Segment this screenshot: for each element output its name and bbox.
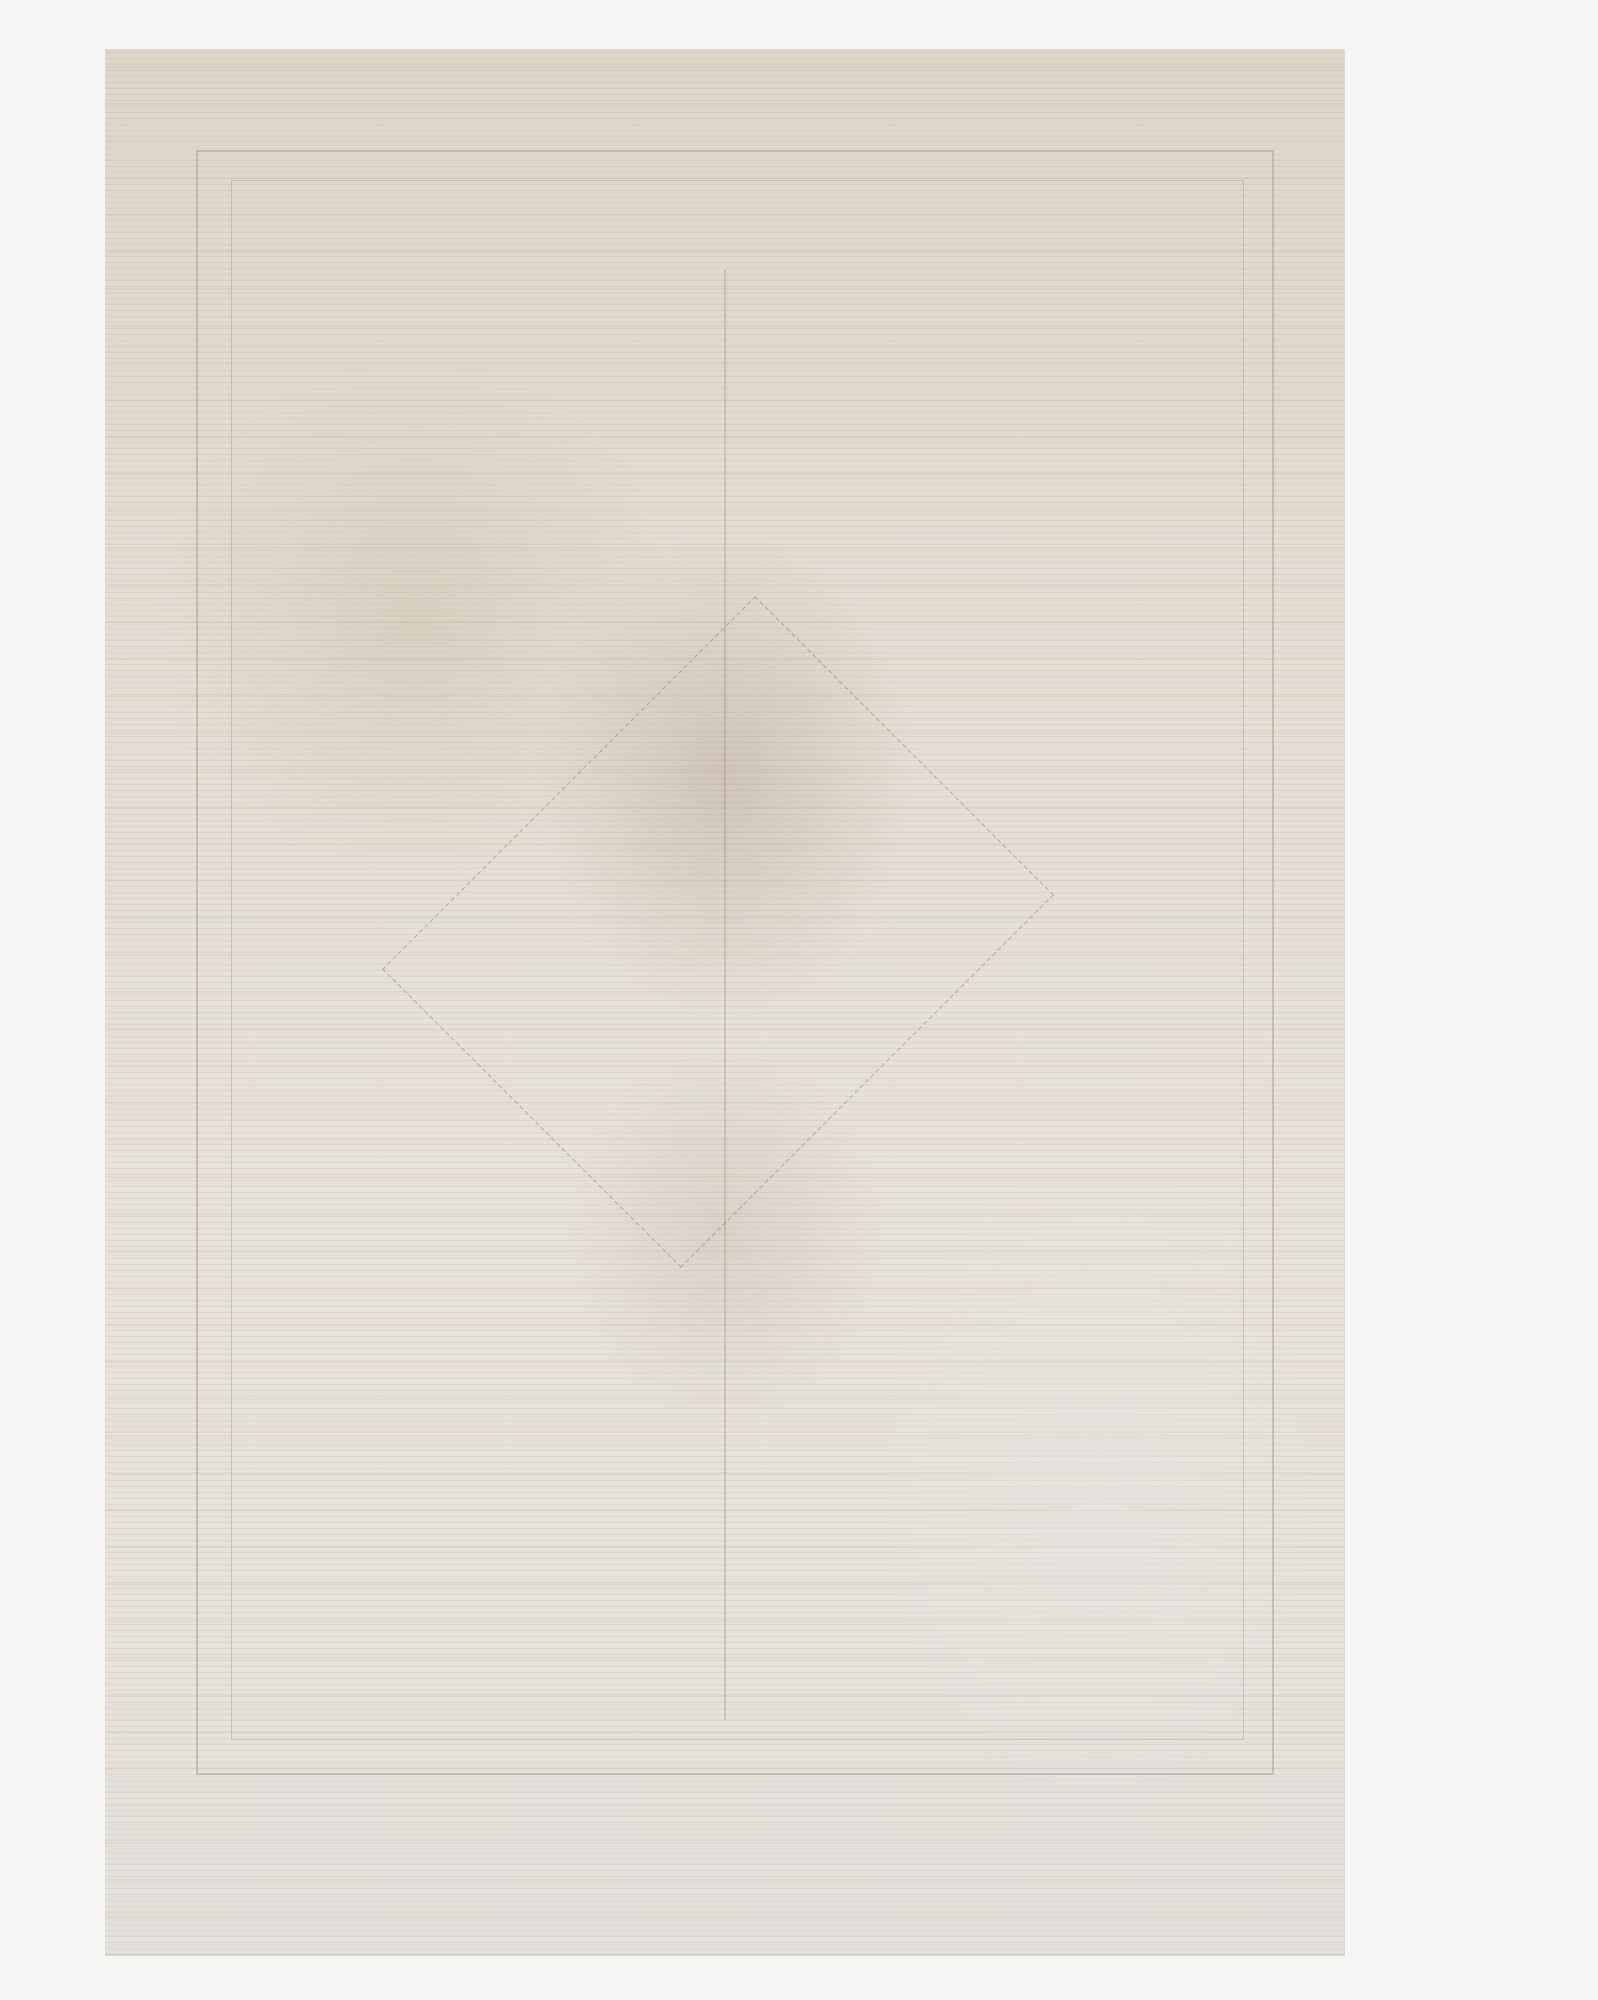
- rug-photo: [106, 50, 1344, 1955]
